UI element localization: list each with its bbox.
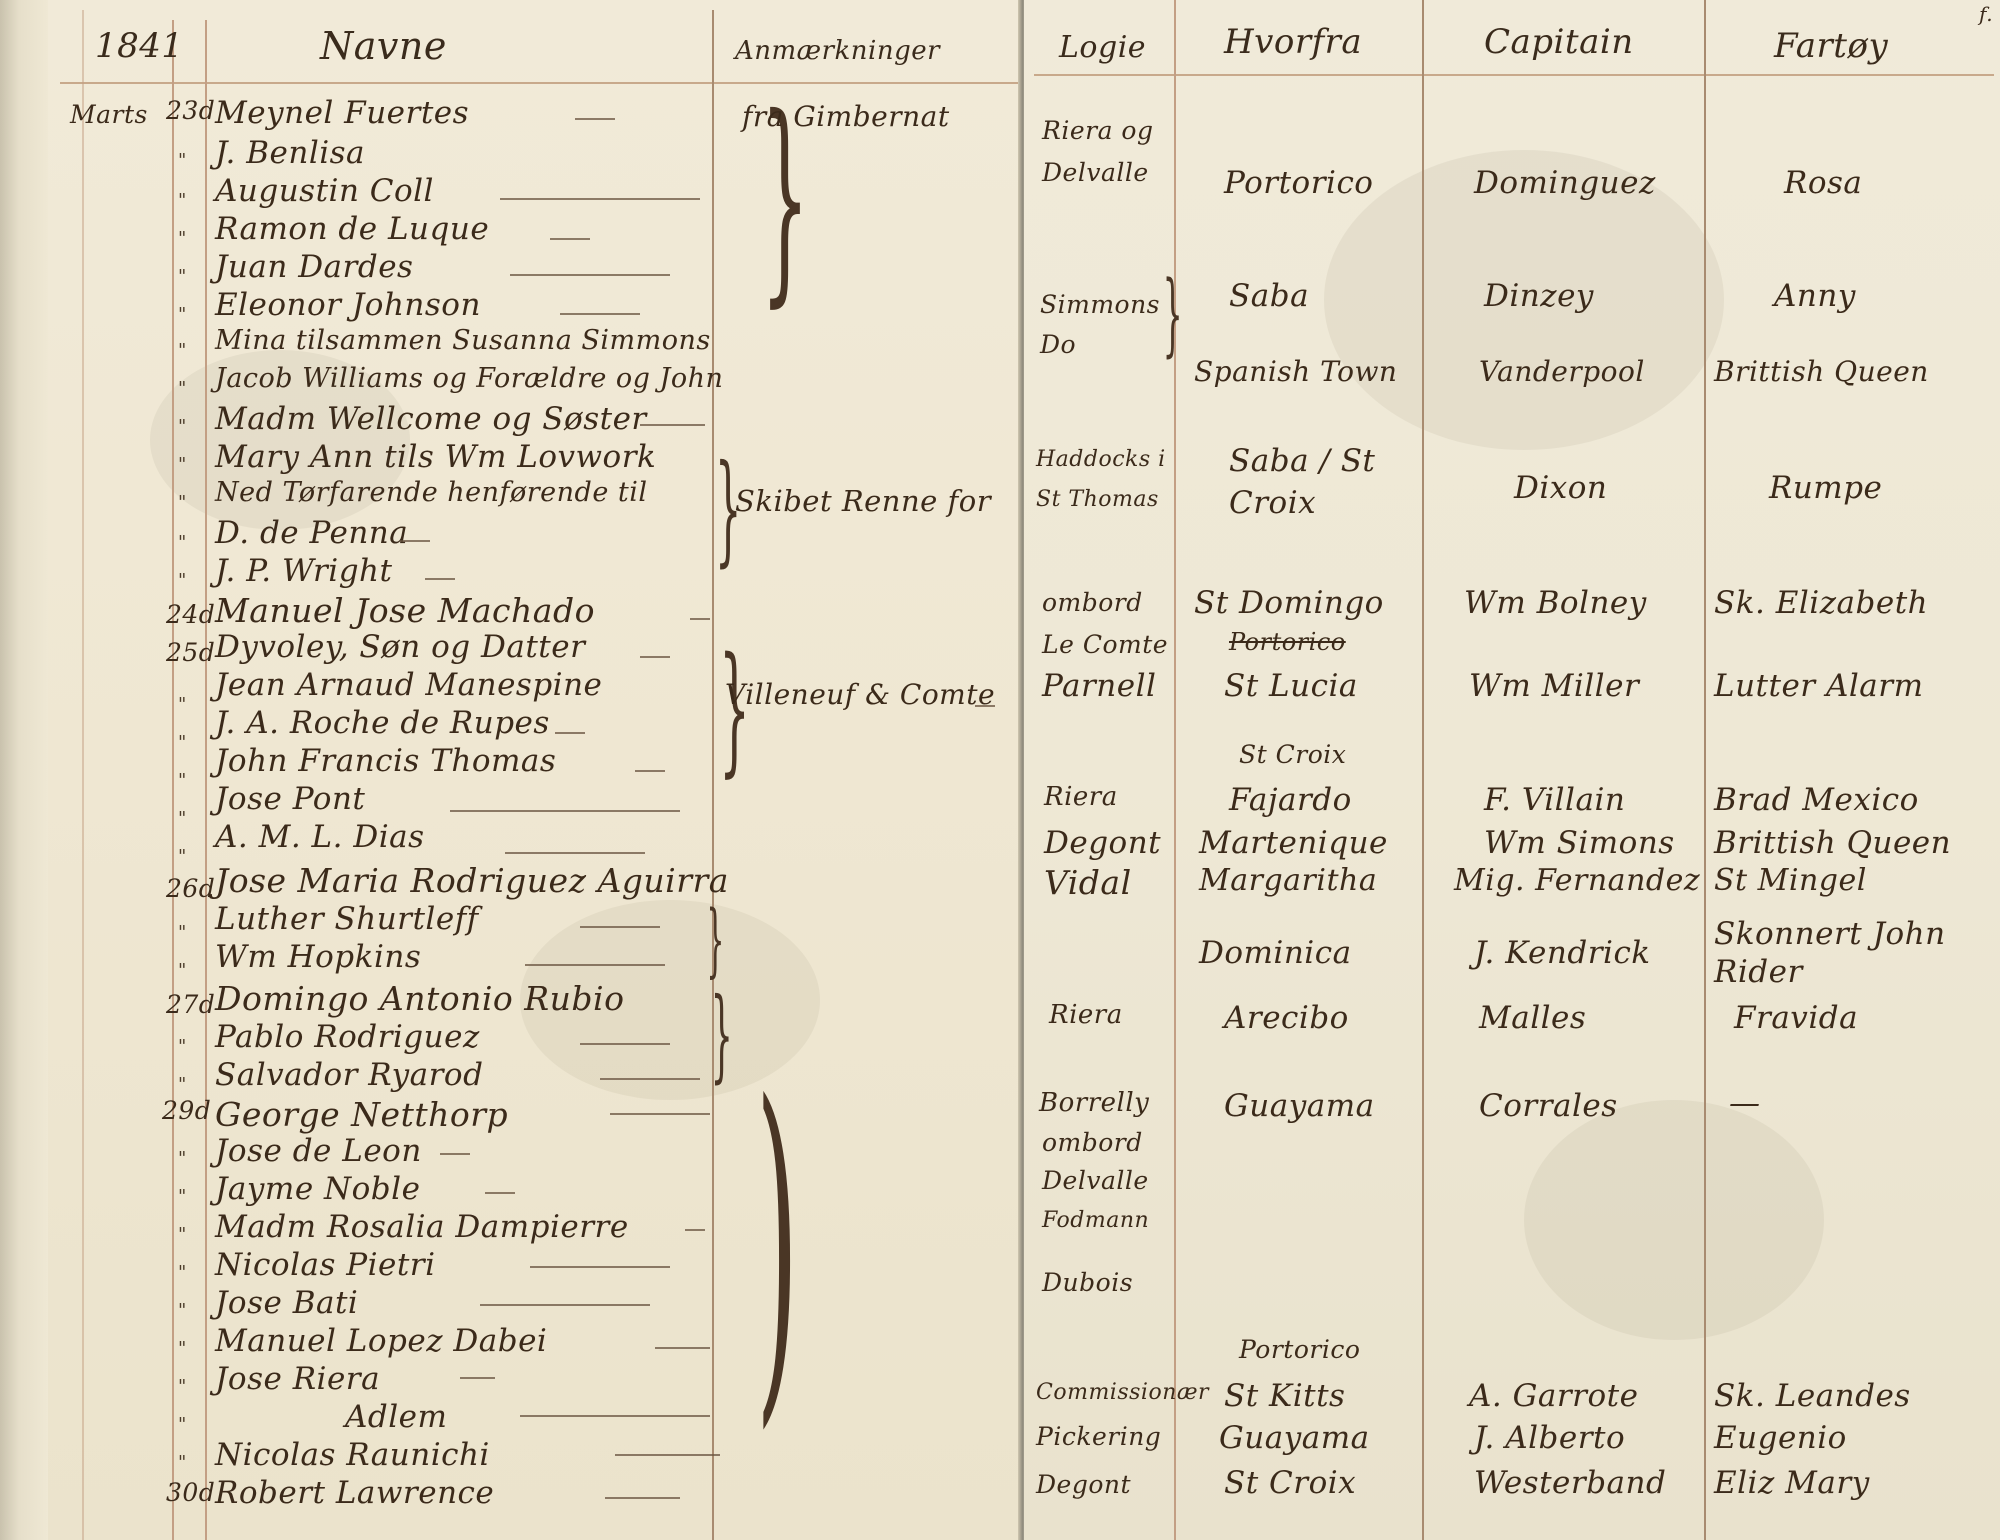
right-page: Logie Hvorfra Capitain Fartøy f. Riera o… bbox=[1024, 0, 2000, 1540]
from-cell: Dominica bbox=[1199, 935, 1352, 971]
lodging-cell: Degont bbox=[1036, 1470, 1131, 1499]
captain-cell: Dominguez bbox=[1474, 165, 1656, 201]
from-cell: Martenique bbox=[1199, 825, 1388, 861]
passenger-name: Jacob Williams og Forældre og John bbox=[215, 363, 723, 394]
passenger-name: Jose Bati bbox=[215, 1285, 358, 1321]
names-header: Navne bbox=[320, 24, 447, 68]
group-brace: ) bbox=[756, 1060, 799, 1430]
captain-cell: Vanderpool bbox=[1479, 355, 1645, 388]
page-mark: f. bbox=[1979, 2, 1993, 26]
lodging-cell: Vidal bbox=[1044, 863, 1132, 902]
captain-cell: A. Garrote bbox=[1469, 1378, 1638, 1414]
ditto-mark: " bbox=[178, 732, 186, 753]
day-mark: 27d bbox=[166, 990, 215, 1019]
from-cell: Portorico bbox=[1239, 1335, 1360, 1364]
passenger-name: Adlem bbox=[345, 1399, 447, 1435]
vessel-cell: Sk. Elizabeth bbox=[1714, 585, 1928, 621]
passenger-name: Jose Riera bbox=[215, 1361, 380, 1397]
day-mark: 24d bbox=[166, 600, 215, 629]
passenger-name: Pablo Rodriguez bbox=[215, 1019, 480, 1055]
vessel-cell: — bbox=[1729, 1085, 1761, 1121]
from-cell: Fajardo bbox=[1229, 782, 1352, 818]
from-header: Hvorfra bbox=[1224, 22, 1362, 62]
lodging-cell: Parnell bbox=[1042, 668, 1156, 704]
passenger-name: Jose de Leon bbox=[215, 1133, 422, 1169]
vessel-cell: Anny bbox=[1774, 278, 1856, 314]
lodging-cell: Simmons Do bbox=[1040, 285, 1160, 365]
lodging-cell: Haddocks i St Thomas bbox=[1036, 440, 1176, 520]
day-mark: 29d bbox=[162, 1096, 211, 1125]
passenger-name: Ramon de Luque bbox=[215, 211, 489, 247]
passenger-name: J. P. Wright bbox=[215, 553, 392, 589]
passenger-name: Juan Dardes bbox=[215, 249, 413, 285]
lodging-cell: Delvalle bbox=[1042, 1166, 1149, 1195]
lodging-cell: Degont bbox=[1044, 825, 1161, 861]
passenger-name: Salvador Ryarod bbox=[215, 1057, 483, 1093]
from-cell: Saba / St Croix bbox=[1229, 440, 1379, 524]
captain-cell: Westerband bbox=[1474, 1465, 1666, 1501]
day-mark: 23d bbox=[166, 96, 215, 125]
captain-cell: Mig. Fernandez bbox=[1454, 863, 1700, 898]
from-cell: Saba bbox=[1229, 278, 1309, 314]
ditto-mark: " bbox=[178, 1376, 186, 1397]
vessel-cell: St Mingel bbox=[1714, 863, 1867, 898]
ditto-mark: " bbox=[178, 304, 186, 325]
from-cell: St Croix bbox=[1239, 740, 1346, 769]
group-brace: } bbox=[1163, 270, 1183, 360]
ditto-mark: " bbox=[178, 808, 186, 829]
ditto-mark: " bbox=[178, 340, 186, 361]
lodging-cell: Fodmann bbox=[1042, 1208, 1149, 1233]
remark: fra Gimbernat bbox=[742, 100, 950, 133]
captain-cell: Wm Miller bbox=[1469, 668, 1639, 704]
passenger-name: D. de Penna bbox=[215, 515, 408, 551]
vessel-cell: Rosa bbox=[1784, 165, 1862, 201]
vessel-cell: Brad Mexico bbox=[1714, 782, 1919, 818]
vessel-cell: Fravida bbox=[1734, 1000, 1858, 1036]
ditto-mark: " bbox=[178, 416, 186, 437]
vessel-cell: Lutter Alarm bbox=[1714, 668, 1923, 704]
ditto-mark: " bbox=[178, 1338, 186, 1359]
ditto-mark: " bbox=[178, 1036, 186, 1057]
ditto-mark: " bbox=[178, 846, 186, 867]
passenger-name: Domingo Antonio Rubio bbox=[215, 979, 624, 1018]
passenger-name: Nicolas Pietri bbox=[215, 1247, 436, 1283]
passenger-name: Dyvoley, Søn og Datter bbox=[215, 629, 585, 665]
ditto-mark: " bbox=[178, 570, 186, 591]
ditto-mark: " bbox=[178, 770, 186, 791]
remarks-column-rule bbox=[712, 10, 714, 1540]
captain-cell: Corrales bbox=[1479, 1088, 1618, 1124]
captain-cell: Wm Simons bbox=[1484, 825, 1675, 861]
from-cell: St Kitts bbox=[1224, 1378, 1345, 1414]
passenger-name: George Netthorp bbox=[215, 1095, 508, 1134]
vessel-cell: Brittish Queen bbox=[1714, 355, 1929, 388]
ditto-mark: " bbox=[178, 922, 186, 943]
remark: Skibet Renne for bbox=[735, 484, 991, 518]
from-cell: St Domingo bbox=[1194, 585, 1384, 621]
ledger-spread: 1841 Navne Anmærkninger Marts 23d " " " … bbox=[0, 0, 2000, 1540]
from-cell: Portorico bbox=[1224, 165, 1373, 201]
from-cell: St Lucia bbox=[1224, 668, 1358, 704]
remark: Villeneuf & Comte bbox=[725, 678, 995, 711]
passenger-name: J. A. Roche de Rupes bbox=[215, 705, 550, 741]
captain-cell: F. Villain bbox=[1484, 782, 1625, 818]
vessel-cell: Rumpe bbox=[1769, 470, 1882, 506]
lodging-cell: Riera bbox=[1049, 1000, 1123, 1030]
group-brace: } bbox=[711, 985, 733, 1085]
ditto-mark: " bbox=[178, 1074, 186, 1095]
passenger-name: Jayme Noble bbox=[215, 1171, 420, 1207]
ditto-mark: " bbox=[178, 454, 186, 475]
captain-cell: Wm Bolney bbox=[1464, 585, 1647, 621]
passenger-name: Luther Shurtleff bbox=[215, 901, 479, 937]
page-edge bbox=[0, 0, 48, 1540]
vessel-cell: Skonnert John Rider bbox=[1714, 915, 1974, 991]
ditto-mark: " bbox=[178, 1186, 186, 1207]
passenger-name: J. Benlisa bbox=[215, 135, 365, 171]
date-column-rule bbox=[172, 20, 174, 1540]
lodging-cell: Riera og Delvalle bbox=[1042, 110, 1172, 194]
lodging-cell: Riera bbox=[1044, 782, 1118, 812]
lodging-column-rule bbox=[1174, 0, 1176, 1540]
from-cell: Arecibo bbox=[1224, 1000, 1349, 1036]
group-brace: } bbox=[707, 900, 725, 980]
from-column-rule bbox=[1422, 0, 1424, 1540]
passenger-name: Robert Lawrence bbox=[215, 1475, 494, 1511]
ditto-mark: " bbox=[178, 190, 186, 211]
vessel-header: Fartøy bbox=[1774, 26, 1888, 66]
vessel-cell: Brittish Queen bbox=[1714, 825, 1951, 861]
ditto-mark: " bbox=[178, 1148, 186, 1169]
day-mark: 25d bbox=[166, 638, 215, 667]
lodging-cell: Commissionær bbox=[1036, 1380, 1209, 1405]
lodging-cell: Dubois bbox=[1042, 1268, 1133, 1297]
passenger-name: Manuel Lopez Dabei bbox=[215, 1323, 547, 1359]
lodging-cell: Pickering bbox=[1036, 1422, 1161, 1451]
ditto-mark: " bbox=[178, 378, 186, 399]
passenger-name: Madm Wellcome og Søster bbox=[215, 401, 647, 437]
captain-column-rule bbox=[1704, 0, 1706, 1540]
header-rule bbox=[1034, 74, 1994, 76]
ditto-mark: " bbox=[178, 1262, 186, 1283]
ditto-mark: " bbox=[178, 532, 186, 553]
passenger-name: Nicolas Raunichi bbox=[215, 1437, 490, 1473]
passenger-name: Ned Tørfarende henførende til bbox=[215, 477, 648, 508]
ditto-mark: " bbox=[178, 1414, 186, 1435]
remarks-header: Anmærkninger bbox=[735, 36, 940, 66]
passenger-name: Mina tilsammen Susanna Simmons bbox=[215, 325, 711, 356]
ditto-mark: " bbox=[178, 960, 186, 981]
from-cell: St Croix bbox=[1224, 1465, 1356, 1501]
from-cell: Spanish Town bbox=[1194, 355, 1397, 388]
from-cell: Guayama bbox=[1219, 1420, 1370, 1456]
passenger-name: Augustin Coll bbox=[215, 173, 434, 209]
lodging-cell: ombord bbox=[1042, 1128, 1143, 1157]
passenger-name: A. M. L. Dias bbox=[215, 819, 425, 855]
ditto-mark: " bbox=[178, 1452, 186, 1473]
passenger-name: Meynel Fuertes bbox=[215, 95, 469, 131]
captain-cell: J. Alberto bbox=[1474, 1420, 1625, 1456]
from-cell: Margaritha bbox=[1199, 863, 1377, 898]
passenger-name: Jose Pont bbox=[215, 781, 365, 817]
ditto-mark: " bbox=[178, 150, 186, 171]
day-column-rule bbox=[205, 20, 207, 1540]
ditto-mark: " bbox=[178, 228, 186, 249]
vessel-cell: Sk. Leandes bbox=[1714, 1378, 1911, 1414]
month-label: Marts bbox=[70, 100, 148, 129]
captain-cell: Dinzey bbox=[1484, 278, 1594, 314]
captain-header: Capitain bbox=[1484, 22, 1634, 62]
lodging-cell: ombord bbox=[1042, 588, 1143, 617]
passenger-name: Wm Hopkins bbox=[215, 939, 421, 975]
vessel-cell: Eugenio bbox=[1714, 1420, 1847, 1456]
from-cell-struck: Portorico bbox=[1229, 628, 1346, 656]
captain-cell: Malles bbox=[1479, 1000, 1586, 1036]
lodging-cell: Borrelly bbox=[1039, 1088, 1149, 1118]
captain-cell: J. Kendrick bbox=[1474, 935, 1651, 971]
left-page: 1841 Navne Anmærkninger Marts 23d " " " … bbox=[0, 0, 1022, 1540]
ditto-mark: " bbox=[178, 266, 186, 287]
year-header: 1841 bbox=[95, 26, 184, 66]
lodging-header: Logie bbox=[1059, 30, 1146, 65]
passenger-name: Mary Ann tils Wm Lovwork bbox=[215, 439, 656, 475]
passenger-name: Jean Arnaud Manespine bbox=[215, 667, 602, 703]
ditto-mark: " bbox=[178, 1300, 186, 1321]
passenger-name: Jose Maria Rodriguez Aguirra bbox=[215, 861, 729, 900]
margin-rule bbox=[82, 10, 84, 1540]
passenger-name: John Francis Thomas bbox=[215, 743, 556, 779]
day-mark: 30d bbox=[166, 1478, 215, 1507]
lodging-cell: Le Comte bbox=[1042, 630, 1168, 659]
from-cell: Guayama bbox=[1224, 1088, 1375, 1124]
passenger-name: Eleonor Johnson bbox=[215, 287, 481, 323]
vessel-cell: Eliz Mary bbox=[1714, 1465, 1870, 1501]
captain-cell: Dixon bbox=[1514, 470, 1607, 506]
ditto-mark: " bbox=[178, 1224, 186, 1245]
header-rule bbox=[60, 82, 1018, 84]
ditto-mark: " bbox=[178, 694, 186, 715]
passenger-name: Manuel Jose Machado bbox=[215, 591, 595, 630]
day-mark: 26d bbox=[166, 874, 215, 903]
passenger-name: Madm Rosalia Dampierre bbox=[215, 1209, 629, 1245]
ditto-mark: " bbox=[178, 492, 186, 513]
